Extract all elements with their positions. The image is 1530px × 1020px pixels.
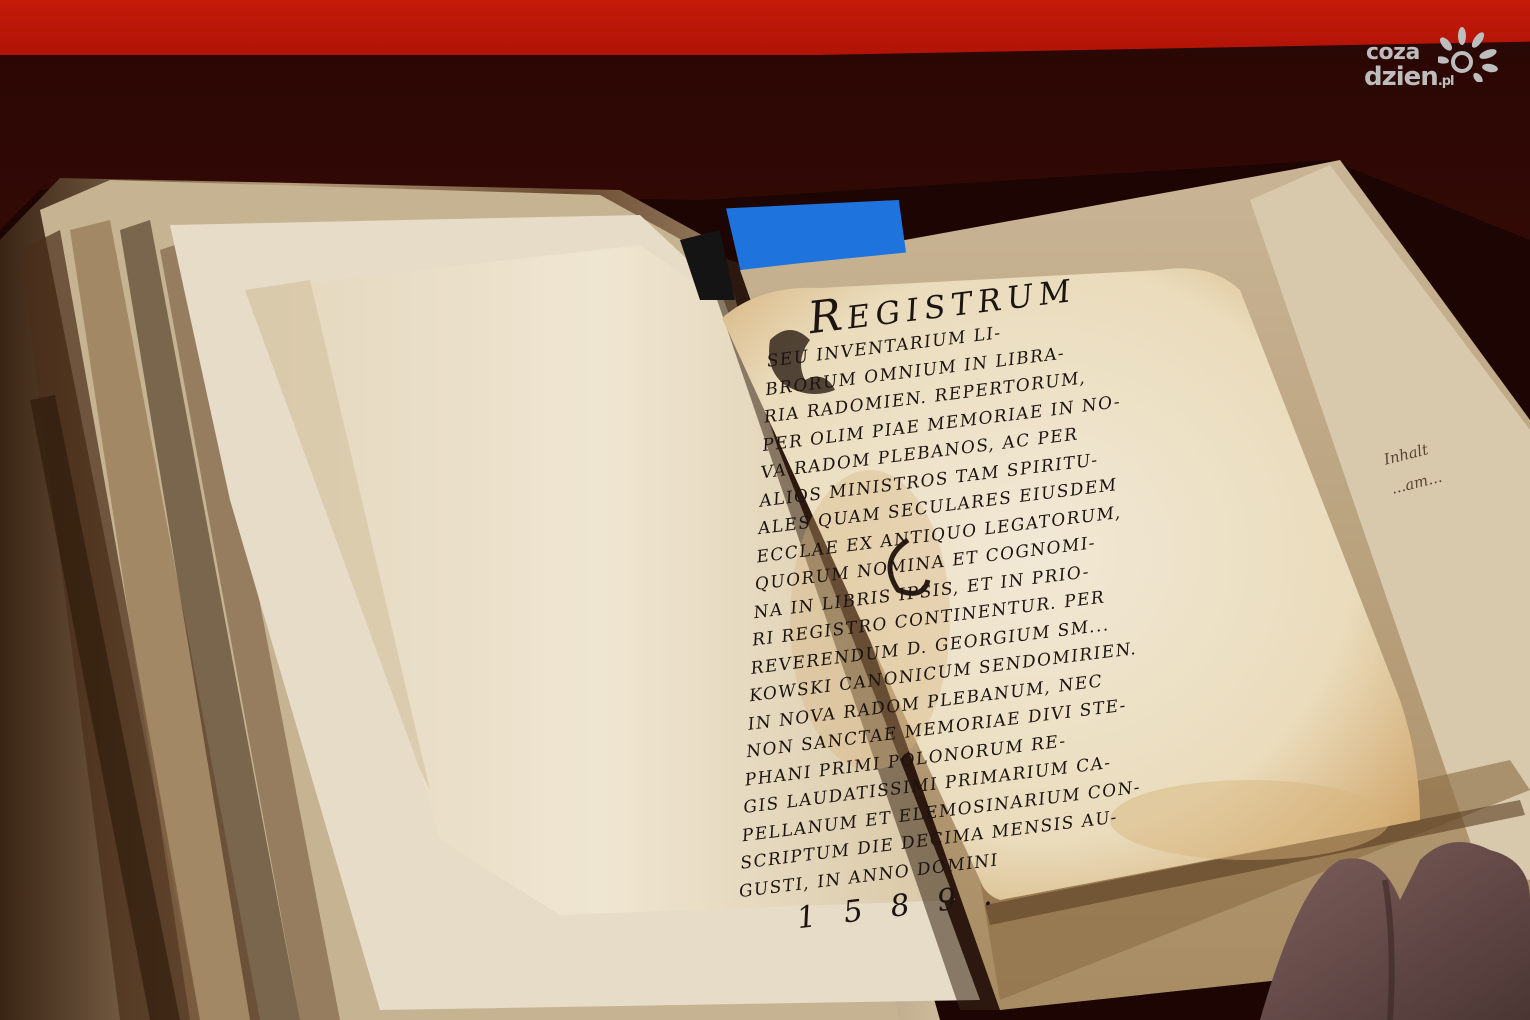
cozadzien-watermark-logo: coza dzien.pl — [1354, 22, 1504, 102]
sun-icon — [1438, 22, 1502, 82]
manuscript-text-block: Registrum Seu Inventarium Li- brorum omn… — [736, 243, 1236, 947]
watermark-text-dzien-word: dzien — [1364, 62, 1438, 92]
